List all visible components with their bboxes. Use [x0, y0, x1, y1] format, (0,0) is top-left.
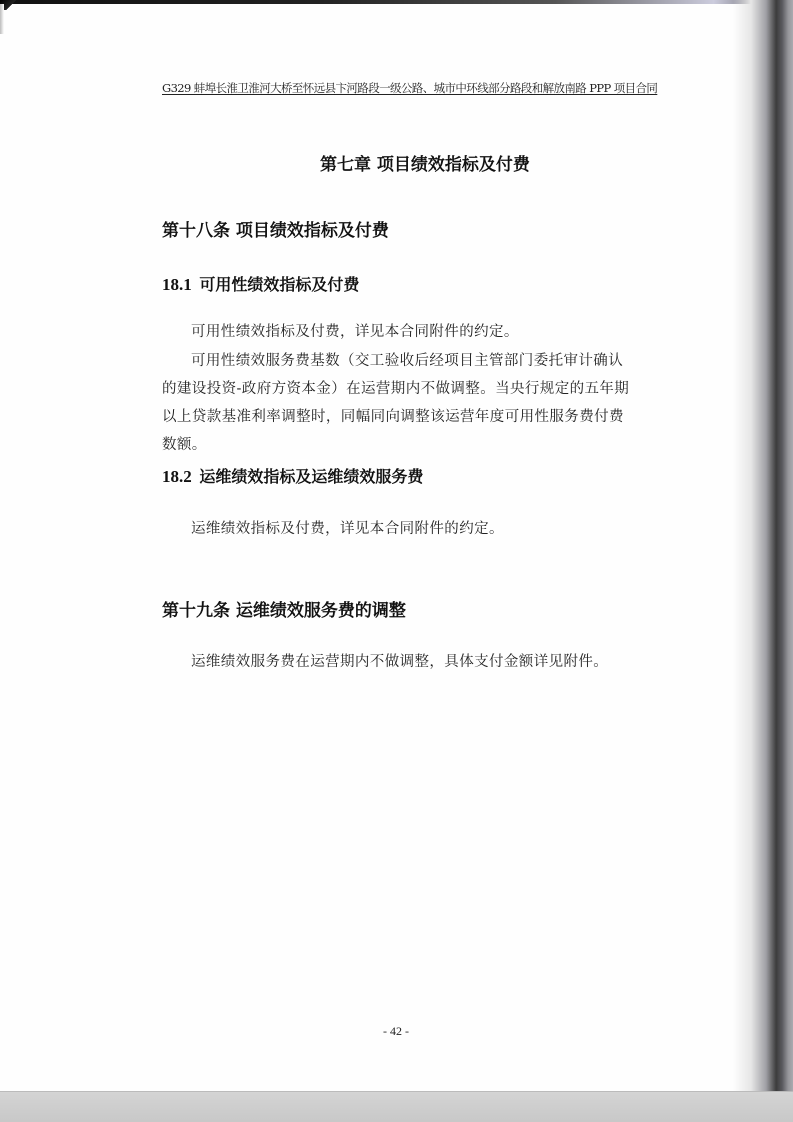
- scanned-page: G329 蚌埠长淮卫淮河大桥至怀远县卞河路段一级公路、城市中环线部分路段和解放南…: [0, 0, 793, 1122]
- paragraph: 可用性绩效指标及付费，详见本合同附件的约定。: [162, 318, 632, 346]
- article-19-title: 第十九条 运维绩效服务费的调整: [162, 596, 406, 621]
- chapter-title: 第七章 项目绩效指标及付费: [320, 150, 530, 175]
- section-18-2-heading: 18.2 运维绩效指标及运维绩效服务费: [162, 464, 423, 487]
- running-header: G329 蚌埠长淮卫淮河大桥至怀远县卞河路段一级公路、城市中环线部分路段和解放南…: [162, 80, 668, 96]
- page-number: - 42 -: [383, 1024, 409, 1039]
- paragraph: 运维绩效指标及付费，详见本合同附件的约定。: [162, 515, 632, 543]
- section-title: 可用性绩效指标及付费: [199, 275, 359, 294]
- scan-bottom-edge: [0, 1091, 793, 1122]
- section-18-1-heading: 18.1 可用性绩效指标及付费: [162, 272, 359, 295]
- section-number: 18.1: [162, 275, 192, 294]
- scan-top-edge: [0, 0, 793, 4]
- section-title: 运维绩效指标及运维绩效服务费: [199, 467, 423, 486]
- article-18-title: 第十八条 项目绩效指标及付费: [162, 216, 389, 241]
- scan-left-edge: [0, 4, 4, 34]
- paragraph: 运维绩效服务费在运营期内不做调整，具体支付金额详见附件。: [162, 648, 632, 676]
- binding-shadow: [733, 0, 793, 1122]
- section-number: 18.2: [162, 467, 192, 486]
- paragraph: 可用性绩效服务费基数（交工验收后经项目主管部门委托审计确认的建设投资-政府方资本…: [162, 347, 632, 459]
